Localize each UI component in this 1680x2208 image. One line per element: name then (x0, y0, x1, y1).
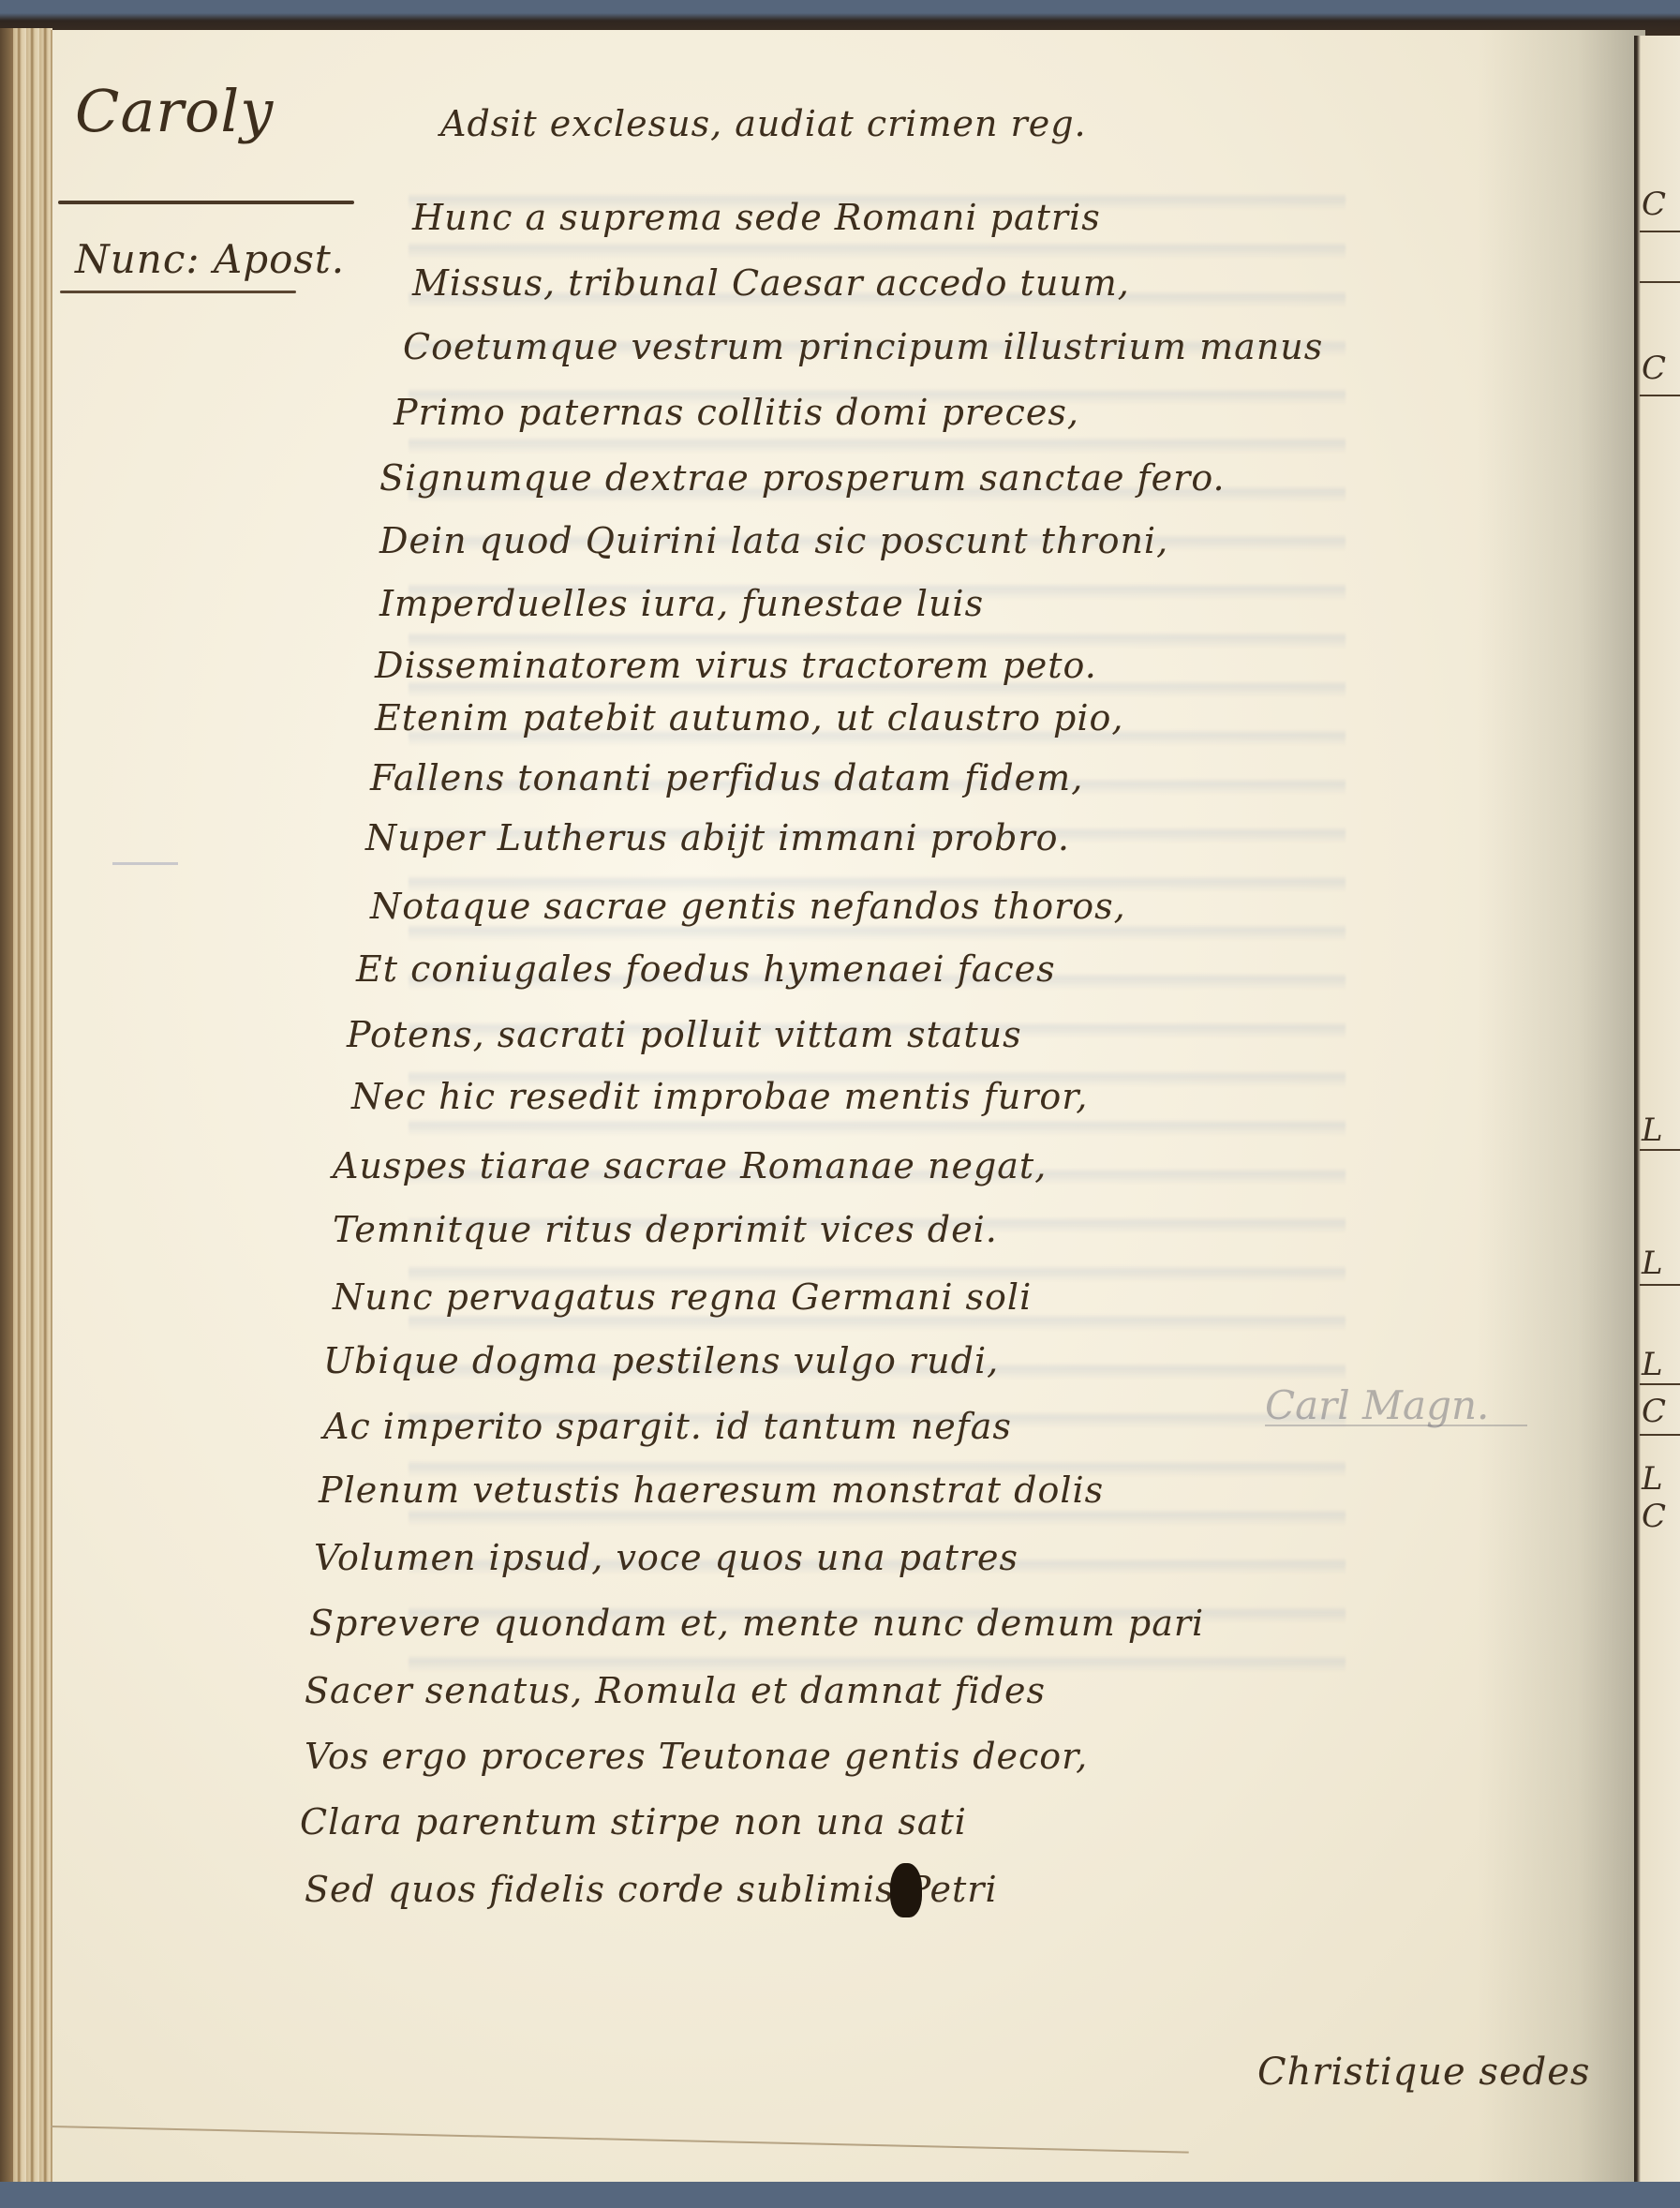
verse-line: Adsit exclesus, audiat crimen reg. (440, 103, 1087, 144)
verse-line: Et coniugales foedus hymenaei faces (356, 948, 1056, 990)
verse-line: Fallens tonanti perfidus datam fidem, (370, 757, 1083, 798)
verse-line: Imperduelles iura, funestae luis (379, 583, 984, 624)
verse-line: Ac imperito spargit. id tantum nefas (323, 1406, 1012, 1447)
adjacent-glyph: C (1642, 1393, 1666, 1430)
verse-line: Sacer senatus, Romula et damnat fides (305, 1670, 1046, 1711)
verse-line: Volumen ipsud, voce quos una patres (314, 1537, 1018, 1578)
speaker-heading: Caroly (75, 77, 274, 145)
verse-line: Signumque dextrae prosperum sanctae fero… (379, 457, 1226, 499)
verse-line: Sprevere quondam et, mente nunc demum pa… (309, 1603, 1204, 1644)
verse-line: Coetumque vestrum principum illustrium m… (403, 326, 1323, 367)
adjacent-rule (1640, 1434, 1680, 1436)
pencil-mark (112, 834, 178, 865)
verse-line: Missus, tribunal Caesar accedo tuum, (412, 262, 1130, 304)
adjacent-rule (1640, 281, 1680, 283)
verse-line: Auspes tiarae sacrae Romanae negat, (333, 1145, 1047, 1186)
verse-line: Etenim patebit autumo, ut claustro pio, (375, 697, 1123, 738)
adjacent-glyph: C (1642, 186, 1666, 223)
verse-line: Dein quod Quirini lata sic poscunt thron… (379, 520, 1168, 561)
show-through-rule (1265, 1425, 1527, 1426)
verse-line: Nuper Lutherus abijt immani probro. (365, 817, 1070, 858)
adjacent-glyph: L (1642, 1111, 1663, 1149)
verse-line: Potens, sacrati polluit vittam status (347, 1014, 1022, 1055)
verse-line: Notaque sacrae gentis nefandos thoros, (370, 886, 1126, 927)
speaker-subheading: Nunc: Apost. (75, 236, 345, 282)
adjacent-page-edge: C C L L L C L C (1634, 36, 1680, 2182)
adjacent-rule (1640, 1284, 1680, 1286)
adjacent-rule (1640, 1383, 1680, 1385)
adjacent-glyph: C (1642, 350, 1666, 387)
verse-line: Clara parentum stirpe non una sati (300, 1801, 967, 1842)
verse-line: Primo paternas collitis domi preces, (394, 392, 1079, 433)
verse-line: Hunc a suprema sede Romani patris (412, 197, 1101, 238)
adjacent-glyph: L (1642, 1460, 1663, 1498)
ink-blot (890, 1863, 922, 1917)
adjacent-rule (1640, 395, 1680, 396)
show-through-text: Carl Magn. (1265, 1382, 1489, 1428)
verse-line: Nunc pervagatus regna Germani soli (333, 1276, 1032, 1318)
adjacent-rule (1640, 1149, 1680, 1151)
page-curl-shadow (1477, 30, 1645, 2186)
verse-line: Ubique dogma pestilens vulgo rudi, (323, 1340, 999, 1381)
verse-line: Disseminatorem virus tractorem peto. (375, 645, 1097, 686)
book-spine-shadow (0, 28, 13, 2184)
adjacent-glyph: L (1642, 1346, 1663, 1383)
verse-line: Vos ergo proceres Teutonae gentis decor, (305, 1736, 1088, 1777)
subheading-underline (60, 291, 296, 293)
scan-bottom-edge (0, 2182, 1680, 2208)
verse-line: Temnitque ritus deprimit vices dei. (333, 1209, 998, 1250)
heading-underline (58, 201, 354, 204)
catchword: Christique sedes (1257, 2051, 1590, 2094)
adjacent-rule (1640, 231, 1680, 232)
adjacent-glyph: C (1642, 1498, 1666, 1535)
adjacent-glyph: L (1642, 1245, 1663, 1282)
verse-line: Nec hic resedit improbae mentis furor, (351, 1076, 1088, 1117)
verse-line: Plenum vetustis haeresum monstrat dolis (319, 1470, 1104, 1511)
